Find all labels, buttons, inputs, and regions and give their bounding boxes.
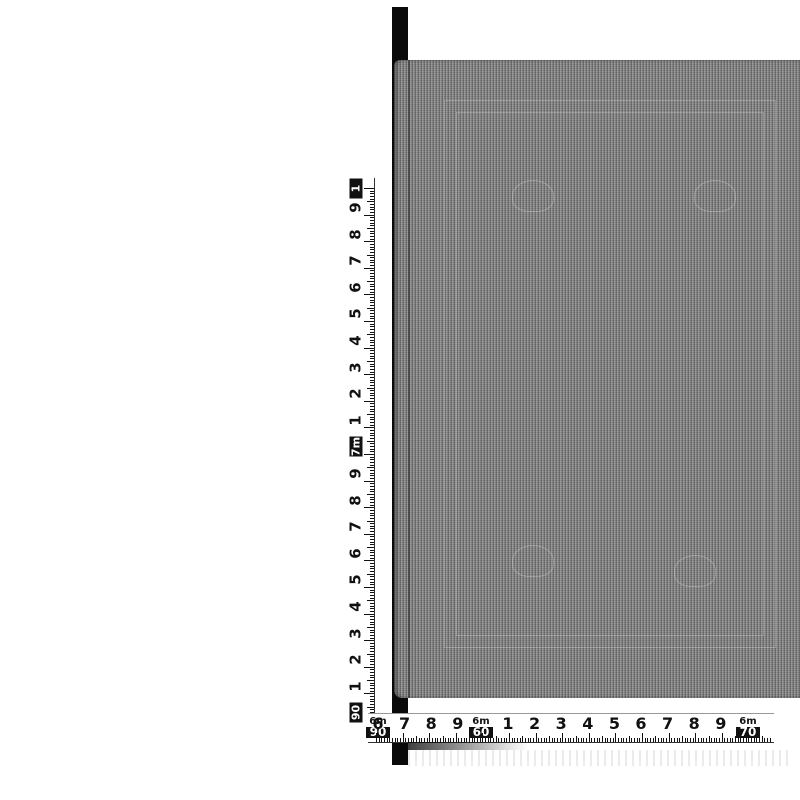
ruler-number: 5 (349, 571, 364, 589)
ruler-tick (607, 738, 608, 742)
ruler-tick (615, 733, 616, 742)
ruler-tick (591, 738, 592, 742)
ruler-tick (706, 738, 707, 742)
ruler-tick (370, 544, 374, 545)
ruler-tick (370, 443, 374, 444)
ruler-tick (576, 736, 577, 742)
ruler-number: 8 (349, 225, 364, 243)
ruler-number: 6 (349, 544, 364, 562)
ruler-tick (370, 539, 374, 540)
ruler-tick (370, 606, 374, 607)
ruler-number: 3 (349, 358, 364, 376)
ruler-tick (429, 733, 430, 742)
ruler-tick (370, 403, 374, 404)
ruler-tick (751, 738, 752, 742)
ruler-tick (400, 738, 401, 742)
ruler-tick (364, 321, 374, 322)
ruler-tick (370, 624, 374, 625)
ruler-tick (367, 281, 374, 282)
ruler-tick (634, 738, 635, 742)
ruler-tick (370, 528, 374, 529)
ruler-tick (403, 733, 404, 742)
ruler-tick (364, 348, 374, 349)
ruler-tick (370, 603, 374, 604)
ruler-tick (370, 212, 374, 213)
ruler-tick (370, 646, 374, 647)
ruler-tick (716, 738, 717, 742)
ruler-tick (370, 223, 374, 224)
ruler-tick (370, 584, 374, 585)
ruler-tick (370, 284, 374, 285)
ruler-tick (367, 388, 374, 389)
ruler-tick (370, 513, 374, 514)
ruler-tick (565, 738, 566, 742)
ruler-tick (367, 361, 374, 362)
ruler-number: 6 (349, 278, 364, 296)
ruler-tick (370, 199, 374, 200)
ruler-tick (370, 675, 374, 676)
ruler-tick (613, 738, 614, 742)
ruler-tick (370, 632, 374, 633)
ruler-tick (367, 494, 374, 495)
ruler-tick (639, 738, 640, 742)
ruler-tick (370, 265, 374, 266)
ruler-tick (586, 738, 587, 742)
ruler-number: 5 (605, 716, 623, 732)
ruler-tick (370, 542, 374, 543)
ruler-tick (671, 738, 672, 742)
ruler-tick (764, 738, 765, 742)
ruler-tick (482, 733, 483, 742)
ruler-tick (583, 738, 584, 742)
ruler-tick (456, 733, 457, 742)
ruler-tick (370, 651, 374, 652)
ruler-tick (605, 738, 606, 742)
ruler-tick (370, 709, 374, 710)
ruler-number: 2 (349, 651, 364, 669)
ruler-tick (370, 518, 374, 519)
ruler-tick (370, 638, 374, 639)
ruler-tick (364, 241, 374, 242)
ruler-number: 3 (349, 624, 364, 642)
ruler-tick (370, 430, 374, 431)
ruler-tick (370, 595, 374, 596)
ruler-tick (730, 738, 731, 742)
ruler-tick (370, 555, 374, 556)
ruler-tick (645, 738, 646, 742)
ruler-tick (370, 342, 374, 343)
ruler-tick (364, 215, 374, 216)
ruler-tick (370, 193, 374, 194)
ruler-tick (370, 356, 374, 357)
ruler-tick (370, 449, 374, 450)
ruler-tick (367, 600, 374, 601)
ruler-tick (370, 377, 374, 378)
ruler-marker-middle: 6m 60 (469, 716, 493, 738)
ruler-tick (367, 707, 374, 708)
ruler-tick (509, 733, 510, 742)
ruler-tick (364, 640, 374, 641)
ruler-tick (370, 505, 374, 506)
ruler-tick (370, 329, 374, 330)
ruler-tick (674, 738, 675, 742)
ruler-tick (370, 366, 374, 367)
ruler-tick (370, 422, 374, 423)
ruler-tick (759, 738, 760, 742)
ruler-tick (370, 305, 374, 306)
ruler-tick (538, 738, 539, 742)
ruler-number: 1 (349, 411, 364, 429)
ruler-marker-top: 1 (350, 179, 363, 199)
ruler-tick (364, 374, 374, 375)
ruler-tick (711, 738, 712, 742)
scan-speckle (408, 750, 788, 766)
ruler-tick (370, 252, 374, 253)
ruler-marker-middle: 7m (350, 437, 363, 457)
ruler-tick (364, 268, 374, 269)
ruler-number: 2 (349, 385, 364, 403)
ruler-tick (544, 738, 545, 742)
ruler-tick (740, 738, 741, 742)
ruler-tick (677, 738, 678, 742)
ruler-tick (370, 302, 374, 303)
ruler-tick (370, 616, 374, 617)
ruler-tick (370, 220, 374, 221)
ruler-tick (658, 738, 659, 742)
ruler-tick (370, 558, 374, 559)
ruler-tick (370, 204, 374, 205)
ruler-tick (370, 326, 374, 327)
ruler-tick (666, 738, 667, 742)
ruler-tick (405, 738, 406, 742)
ruler-tick (370, 380, 374, 381)
ruler-tick (653, 738, 654, 742)
ruler-tick (541, 738, 542, 742)
ruler-tick (370, 635, 374, 636)
ruler-tick (370, 491, 374, 492)
ruler-tick (370, 677, 374, 678)
ruler-tick (395, 738, 396, 742)
ruler-tick (370, 191, 374, 192)
ruler-tick (367, 334, 374, 335)
ruler-tick (364, 667, 374, 668)
ruler-tick (562, 733, 563, 742)
ruler-tick (364, 507, 374, 508)
ruler-tick (370, 611, 374, 612)
ruler-tick (370, 696, 374, 697)
ruler-tick (661, 738, 662, 742)
ruler-tick (364, 401, 374, 402)
ruler-tick (370, 419, 374, 420)
ruler-tick (370, 489, 374, 490)
ruler-tick (370, 340, 374, 341)
ruler-tick (370, 390, 374, 391)
ruler-tick (370, 590, 374, 591)
ruler-tick (370, 475, 374, 476)
ruler-tick (370, 669, 374, 670)
ruler-tick (370, 552, 374, 553)
ruler-tick (762, 736, 763, 742)
ruler-tick (370, 515, 374, 516)
ruler-tick (552, 738, 553, 742)
ruler-tick (370, 435, 374, 436)
ruler-tick (392, 738, 393, 742)
ruler-tick (370, 550, 374, 551)
ruler-tick (370, 531, 374, 532)
ruler-tick (370, 225, 374, 226)
ruler-tick (695, 733, 696, 742)
ruler-tick (626, 738, 627, 742)
ruler-tick (719, 738, 720, 742)
ruler-tick (370, 276, 374, 277)
ruler-tick (367, 255, 374, 256)
ruler-tick (387, 738, 388, 742)
ruler-tick (756, 738, 757, 742)
ruler-tick (594, 738, 595, 742)
ruler-tick (698, 738, 699, 742)
cover-ornament-top-left (512, 180, 554, 212)
ruler-tick (364, 294, 374, 295)
ruler-tick (682, 736, 683, 742)
ruler-tick (370, 661, 374, 662)
ruler-tick (370, 704, 374, 705)
ruler-number: 8 (349, 491, 364, 509)
ruler-tick (727, 738, 728, 742)
ruler-number: 7 (659, 716, 677, 732)
cover-ornament-bottom-left (512, 545, 554, 577)
ruler-tick (370, 656, 374, 657)
ruler-tick (687, 738, 688, 742)
ruler-tick (589, 733, 590, 742)
ruler-tick (370, 350, 374, 351)
ruler-tick (370, 643, 374, 644)
ruler-tick (370, 571, 374, 572)
ruler-tick (370, 345, 374, 346)
ruler-tick (557, 738, 558, 742)
ruler-tick (554, 738, 555, 742)
ruler-tick (370, 483, 374, 484)
ruler-tick (370, 372, 374, 373)
ruler-tick (370, 457, 374, 458)
ruler-tick (370, 236, 374, 237)
ruler-tick (389, 736, 390, 742)
ruler-tick (370, 592, 374, 593)
ruler-tick (367, 414, 374, 415)
ruler-tick (693, 738, 694, 742)
ruler-tick (560, 738, 561, 742)
ruler-tick (370, 672, 374, 673)
ruler-tick (370, 239, 374, 240)
ruler-tick (367, 627, 374, 628)
ruler-tick (367, 228, 374, 229)
ruler-marker-middle-value: 60 (469, 727, 493, 738)
ruler-number: 3 (552, 716, 570, 732)
ruler-number: 1 (349, 677, 364, 695)
ruler-tick (599, 738, 600, 742)
ruler-tick (743, 738, 744, 742)
ruler-tick (370, 536, 374, 537)
ruler-tick (370, 699, 374, 700)
ruler-tick (370, 630, 374, 631)
ruler-tick (732, 738, 733, 742)
ruler-tick (735, 736, 736, 742)
ruler-tick (748, 733, 749, 742)
ruler-tick (370, 701, 374, 702)
ruler-tick (738, 738, 739, 742)
ruler-tick (370, 273, 374, 274)
ruler-number: 8 (685, 716, 703, 732)
ruler-tick (384, 738, 385, 742)
ruler-tick (370, 313, 374, 314)
ruler-number: 9 (349, 199, 364, 217)
ruler-number: 4 (349, 598, 364, 616)
ruler-number: 6 (632, 716, 650, 732)
ruler-tick (370, 462, 374, 463)
vertical-ruler: 1 7m 90 987654321987654321 (346, 178, 375, 723)
ruler-tick (370, 499, 374, 500)
ruler-tick (370, 576, 374, 577)
ruler-tick (754, 738, 755, 742)
ruler-tick (370, 247, 374, 248)
scan-smudge (408, 742, 528, 750)
ruler-tick (367, 547, 374, 548)
ruler-tick (597, 738, 598, 742)
ruler-tick (364, 534, 374, 535)
ruler-tick (701, 738, 702, 742)
ruler-tick (364, 587, 374, 588)
ruler-tick (370, 409, 374, 410)
ruler-number: 1 (499, 716, 517, 732)
ruler-number: 7 (396, 716, 414, 732)
ruler-tick (364, 614, 374, 615)
ruler-tick (370, 262, 374, 263)
ruler-tick (631, 738, 632, 742)
ruler-tick (370, 579, 374, 580)
ruler-tick (370, 417, 374, 418)
ruler-number: 4 (579, 716, 597, 732)
ruler-tick (364, 454, 374, 455)
ruler-tick (679, 738, 680, 742)
ruler-tick (367, 680, 374, 681)
ruler-tick (770, 738, 771, 742)
ruler-tick (367, 201, 374, 202)
ruler-tick (370, 478, 374, 479)
ruler-number: 7 (349, 518, 364, 536)
ruler-tick (370, 292, 374, 293)
ruler-tick (629, 736, 630, 742)
ruler-tick (370, 582, 374, 583)
ruler-tick (370, 523, 374, 524)
ruler-tick (367, 308, 374, 309)
ruler-tick (370, 425, 374, 426)
ruler-tick (536, 733, 537, 742)
ruler-number: 4 (349, 332, 364, 350)
ruler-number: 9 (712, 716, 730, 732)
ruler-tick (370, 257, 374, 258)
ruler-tick (549, 736, 550, 742)
ruler-tick (367, 654, 374, 655)
ruler-tick (367, 467, 374, 468)
ruler-tick (370, 289, 374, 290)
ruler-tick (530, 738, 531, 742)
ruler-tick (533, 738, 534, 742)
ruler-tick (618, 738, 619, 742)
ruler-tick (370, 608, 374, 609)
ruler-tick (370, 300, 374, 301)
ruler-tick (370, 465, 374, 466)
ruler-tick (370, 664, 374, 665)
ruler-tick (370, 406, 374, 407)
ruler-tick (370, 358, 374, 359)
ruler-tick (381, 738, 382, 742)
ruler-tick (364, 188, 374, 189)
ruler-tick (690, 738, 691, 742)
ruler-tick (370, 244, 374, 245)
spine-crease (408, 60, 410, 698)
ruler-tick (370, 249, 374, 250)
ruler-tick (364, 560, 374, 561)
ruler-tick (370, 393, 374, 394)
ruler-tick (379, 738, 380, 742)
ruler-number: 9 (449, 716, 467, 732)
book-cover (394, 60, 800, 698)
ruler-tick (370, 231, 374, 232)
ruler-tick (714, 738, 715, 742)
ruler-tick (370, 566, 374, 567)
ruler-tick (370, 622, 374, 623)
ruler-tick (376, 733, 377, 742)
ruler-tick (570, 738, 571, 742)
ruler-tick (367, 521, 374, 522)
ruler-number: 5 (349, 305, 364, 323)
ruler-tick (367, 574, 374, 575)
ruler-tick (602, 736, 603, 742)
ruler-tick (367, 441, 374, 442)
ruler-tick (370, 526, 374, 527)
ruler-number: 2 (526, 716, 544, 732)
ruler-tick (724, 738, 725, 742)
ruler-tick (578, 738, 579, 742)
ruler-tick (767, 738, 768, 742)
ruler-tick (669, 733, 670, 742)
ruler-tick (655, 736, 656, 742)
horizontal-ruler: 6m 90 6m 60 6m 70 6789123456789 (368, 713, 774, 743)
ruler-tick (370, 196, 374, 197)
ruler-tick (663, 738, 664, 742)
ruler-tick (642, 733, 643, 742)
ruler-tick (370, 470, 374, 471)
ruler-tick (685, 738, 686, 742)
ruler-number: 6 (369, 716, 387, 732)
ruler-tick (370, 683, 374, 684)
ruler-tick (370, 459, 374, 460)
ruler-tick (581, 738, 582, 742)
ruler-number: 8 (422, 716, 440, 732)
ruler-tick (370, 648, 374, 649)
ruler-tick (623, 738, 624, 742)
cover-ornament-top-right (694, 180, 736, 212)
ruler-tick (370, 659, 374, 660)
ruler-tick (370, 691, 374, 692)
ruler-tick (364, 427, 374, 428)
ruler-tick (370, 497, 374, 498)
ruler-tick (370, 337, 374, 338)
ruler-tick (370, 486, 374, 487)
ruler-tick (370, 297, 374, 298)
ruler-tick (370, 619, 374, 620)
ruler-tick (370, 411, 374, 412)
ruler-tick (703, 738, 704, 742)
